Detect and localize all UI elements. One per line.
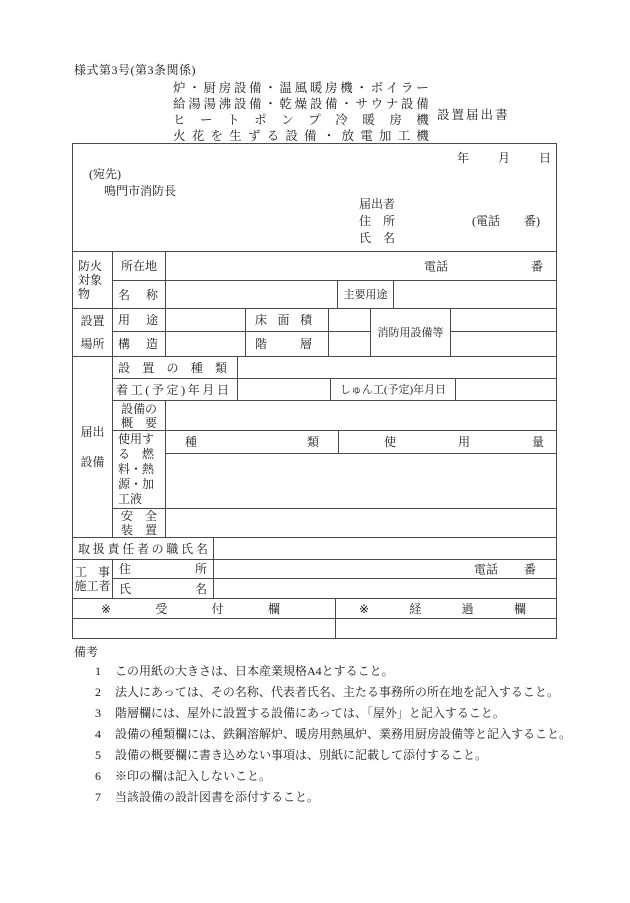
structure-field[interactable] (165, 331, 245, 356)
fire-object-group-label: 防火 対象 物 (72, 251, 112, 308)
fire-equipment-field-1[interactable] (450, 308, 556, 331)
equipment-line-4: 火花を生ずる設備・放電加工機 (173, 128, 429, 144)
main-use-field[interactable] (393, 280, 556, 308)
location-phone-label: 電話 (424, 258, 448, 275)
location-value-field[interactable]: 電話 番 (165, 251, 556, 280)
floor-level-label: 階層 (245, 331, 328, 356)
equipment-summary-label: 設備の 概 要 (112, 400, 165, 430)
addressee: 鳴門市消防長 (104, 184, 176, 198)
floor-area-field[interactable] (328, 308, 370, 331)
remark-item: 4設備の種類欄には、鉄鋼溶解炉、暖房用熱風炉、業務用厨房設備等と記入すること。 (74, 724, 594, 745)
form-page: { "colors":{"text":"#1a1a1a","border":"#… (0, 0, 630, 903)
notifier-name-label: 氏 名 (359, 231, 395, 245)
contractor-address-label: 住所 (112, 559, 213, 578)
install-type-label: 設置の種類 (112, 356, 237, 378)
floor-area-label: 床面積 (245, 308, 328, 331)
equipment-line-2: 給湯湯沸設備・乾燥設備・サウナ設備 (173, 96, 429, 112)
fuel-field[interactable] (165, 453, 556, 508)
notifier-phone-label: (電話 番) (472, 214, 540, 228)
fire-equipment-label: 消防用設備等 (370, 308, 450, 356)
install-type-field[interactable] (237, 356, 556, 378)
form-header-section: 年月日 (宛先) 鳴門市消防長 届出者 住 所 (電話 番) 氏 名 (72, 143, 556, 251)
equipment-line-3: ヒートポンプ冷暖房機 (173, 112, 429, 128)
remark-item: 7当該設備の設計図書を添付すること。 (74, 787, 594, 808)
completion-date-field[interactable] (455, 378, 556, 400)
remark-item: 3階層欄には、屋外に設置する設備にあっては、「屋外」と記入すること。 (74, 703, 594, 724)
form-code: 様式第3号(第3条関係) (74, 61, 196, 78)
floor-level-field[interactable] (328, 331, 370, 356)
remark-item: 5設備の概要欄に書き込めない事項は、別紙に記載して添付すること。 (74, 745, 594, 766)
safety-device-field[interactable] (165, 508, 556, 537)
remarks-title: 備考 (74, 643, 594, 661)
addressee-prefix: (宛先) (89, 167, 121, 181)
equipment-title-block: 炉・厨房設備・温風暖房機・ボイラー 給湯湯沸設備・乾燥設備・サウナ設備 ヒートポ… (173, 80, 429, 144)
notified-equipment-group-label: 届出 設備 (72, 356, 112, 537)
main-use-label: 主要用途 (337, 280, 393, 308)
contractor-phone-label: 電話 (474, 561, 498, 578)
progress-field[interactable] (335, 618, 556, 638)
fuel-amount-header: 使用量 (338, 430, 556, 453)
reception-column-header: ※受付欄 (72, 598, 335, 618)
building-name-field[interactable] (165, 280, 337, 308)
form-table: 年月日 (宛先) 鳴門市消防長 届出者 住 所 (電話 番) 氏 名 防火 対象… (72, 143, 557, 639)
equipment-summary-field[interactable] (165, 400, 556, 430)
progress-column-header: ※経過欄 (335, 598, 556, 618)
contractor-group-label: 工事 施工者 (72, 559, 112, 598)
start-date-label: 着工(予定)年月日 (112, 378, 237, 400)
install-site-group-label: 設置 場所 (72, 308, 112, 356)
structure-label: 構造 (112, 331, 165, 356)
remarks-section: 備考 1この用紙の大きさは、日本産業規格A4とすること。 2法人にあっては、その… (74, 643, 594, 808)
site-use-field[interactable] (165, 308, 245, 331)
reception-field[interactable] (72, 618, 335, 638)
site-use-label: 用途 (112, 308, 165, 331)
date-line: 年月日 (457, 151, 551, 165)
contractor-name-field[interactable] (213, 578, 556, 598)
fire-equipment-field-2[interactable] (450, 331, 556, 356)
contractor-phone-no-label: 番 (524, 561, 536, 578)
completion-date-label: しゅん工(予定)年月日 (330, 378, 455, 400)
remark-item: 2法人にあっては、その名称、代表者氏名、主たる事務所の所在地を記入すること。 (74, 682, 594, 703)
start-date-field[interactable] (237, 378, 330, 400)
fuel-kind-header: 種類 (165, 430, 338, 453)
contractor-address-field[interactable]: 電話 番 (213, 559, 556, 578)
handler-label: 取扱責任者の職氏名 (72, 537, 213, 559)
form-title: 設置届出書 (437, 105, 510, 123)
remark-item: 6※印の欄は記入しないこと。 (74, 766, 594, 787)
notifier-address-label: 住 所 (359, 214, 395, 228)
equipment-line-1: 炉・厨房設備・温風暖房機・ボイラー (173, 80, 429, 96)
remark-item: 1この用紙の大きさは、日本産業規格A4とすること。 (74, 661, 594, 682)
building-name-label: 名称 (112, 280, 165, 308)
fuel-source-label: 使用す る 燃 料・熱 源・加 工液 (112, 430, 165, 508)
safety-device-label: 安 全 装 置 (112, 508, 165, 537)
notifier-label: 届出者 (359, 197, 395, 211)
contractor-name-label: 氏名 (112, 578, 213, 598)
handler-field[interactable] (213, 537, 556, 559)
location-phone-no-label: 番 (531, 258, 543, 275)
location-label: 所在地 (112, 251, 165, 280)
